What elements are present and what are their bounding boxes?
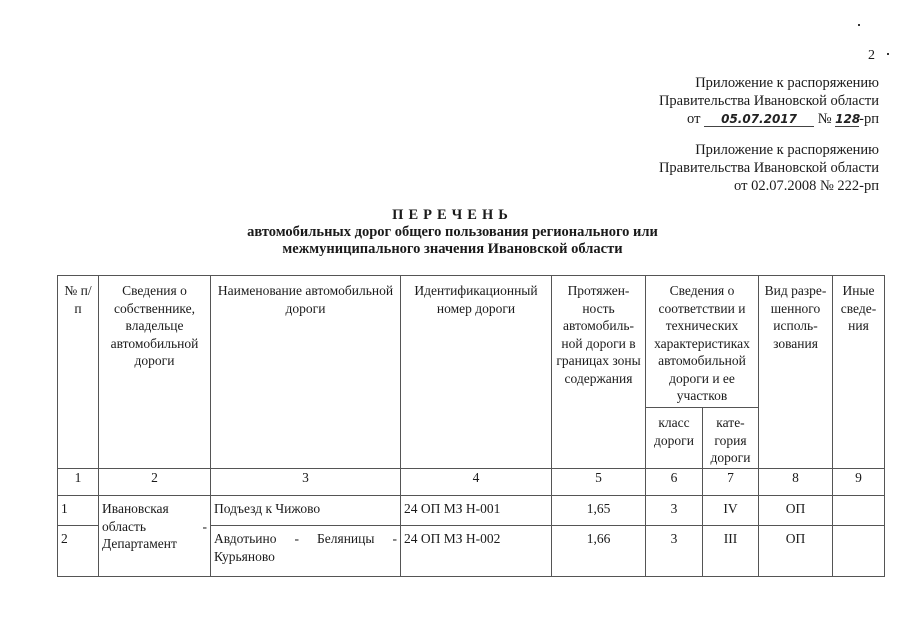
cell-other-info (833, 496, 885, 526)
cell-road-category: IV (703, 496, 759, 526)
road-name-part: Авдотьино (214, 530, 276, 548)
column-number: 7 (703, 469, 759, 496)
date-prefix: от (687, 111, 700, 127)
owner-line3: Департамент (102, 535, 207, 553)
number-prefix: № (818, 111, 832, 127)
header-road-class: класс дороги (646, 408, 703, 469)
title-sub-line2: межмуниципального значения Ивановской об… (0, 241, 905, 258)
cell-road-class: 3 (646, 526, 703, 577)
cell-road-name: Авдотьино - Беляницы - Курьяново (211, 526, 401, 577)
column-number: 5 (552, 469, 646, 496)
cell-num: 2 (58, 526, 99, 577)
appendix-original-order: Приложение к распоряжению Правительства … (659, 141, 879, 195)
road-name-dash: - (392, 530, 397, 548)
page-number: 2 (868, 48, 875, 64)
cell-road-class: 3 (646, 496, 703, 526)
cell-usage-type: ОП (759, 526, 833, 577)
column-number: 9 (833, 469, 885, 496)
cell-road-name: Подъезд к Чижово (211, 496, 401, 526)
cell-length: 1,65 (552, 496, 646, 526)
header-road-name: Наименование автомобильной дороги (211, 276, 401, 469)
cell-road-category: III (703, 526, 759, 577)
column-number: 3 (211, 469, 401, 496)
roads-table: № п/п Сведения о собственнике, владельце… (57, 275, 885, 577)
appendix-line2: Правительства Ивановской области (659, 92, 879, 110)
column-number: 2 (99, 469, 211, 496)
owner-line2-text: область (102, 518, 146, 536)
owner-line2-dash: - (203, 518, 208, 536)
cell-id-number: 24 ОП МЗ Н-002 (401, 526, 552, 577)
cell-other-info (833, 526, 885, 577)
scan-speck (887, 53, 889, 55)
cell-length: 1,66 (552, 526, 646, 577)
cell-usage-type: ОП (759, 496, 833, 526)
header-owner: Сведения о собственнике, владельце автом… (99, 276, 211, 469)
title-sub-line1: автомобильных дорог общего пользования р… (0, 224, 905, 241)
appendix-line1: Приложение к распоряжению (659, 141, 879, 159)
handwritten-number: 128 (835, 112, 859, 127)
appendix-current-order: Приложение к распоряжению Правительства … (659, 74, 879, 128)
title-main: ПЕРЕЧЕНЬ (0, 206, 905, 224)
document-title: ПЕРЕЧЕНЬ автомобильных дорог общего поль… (0, 206, 905, 258)
appendix-line1: Приложение к распоряжению (659, 74, 879, 92)
number-suffix: -рп (859, 111, 879, 127)
handwritten-date: 05.07.2017 (704, 112, 814, 127)
header-row: № п/п Сведения о собственнике, владельце… (58, 276, 885, 408)
header-num: № п/п (58, 276, 99, 469)
road-name-line1: Авдотьино - Беляницы - (214, 530, 397, 548)
table-row: 1 Ивановская область - Департамент Подъе… (58, 496, 885, 526)
header-id-number: Идентификационный номер дороги (401, 276, 552, 469)
cell-owner: Ивановская область - Департамент (99, 496, 211, 577)
column-number-row: 1 2 3 4 5 6 7 8 9 (58, 469, 885, 496)
cell-id-number: 24 ОП МЗ Н-001 (401, 496, 552, 526)
header-tech-characteristics: Сведения о соответствии и технических ха… (646, 276, 759, 408)
column-number: 4 (401, 469, 552, 496)
header-length: Протяжен-ность автомобиль-ной дороги в г… (552, 276, 646, 469)
header-usage-type: Вид разре-шенного исполь-зования (759, 276, 833, 469)
road-name-part: Беляницы (317, 530, 374, 548)
column-number: 8 (759, 469, 833, 496)
appendix-line3: от 02.07.2008 № 222-рп (659, 177, 879, 195)
header-other-info: Иные сведе-ния (833, 276, 885, 469)
appendix-date-line: от 05.07.2017 № 128-рп (659, 110, 879, 128)
road-name-line2: Курьяново (214, 548, 397, 566)
road-name-dash: - (295, 530, 300, 548)
column-number: 6 (646, 469, 703, 496)
appendix-line2: Правительства Ивановской области (659, 159, 879, 177)
header-road-category: кате-гория дороги (703, 408, 759, 469)
owner-line2: область - (102, 518, 207, 536)
owner-line1: Ивановская (102, 500, 207, 518)
scan-speck (858, 24, 860, 26)
column-number: 1 (58, 469, 99, 496)
cell-num: 1 (58, 496, 99, 526)
